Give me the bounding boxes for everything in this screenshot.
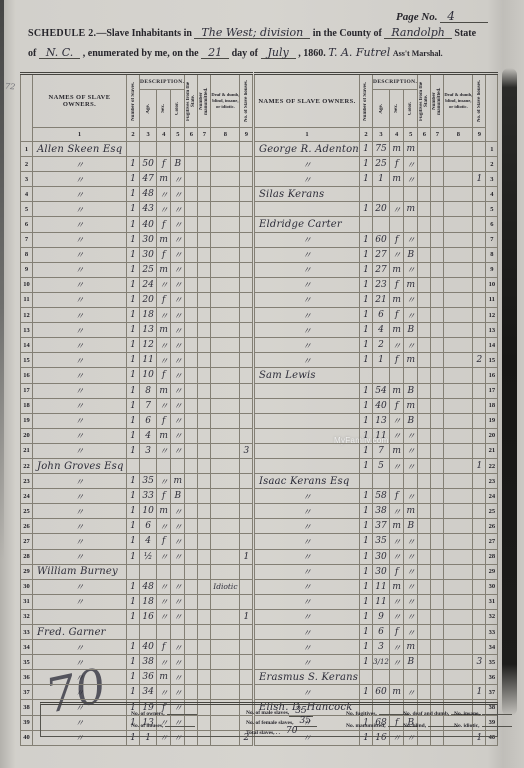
col-number: 6 <box>418 128 431 142</box>
slave-entry-row: 〃14mB13 <box>255 323 498 338</box>
marshal-signature: T. A. Futrel <box>328 46 390 59</box>
page-number-label: Page No. <box>396 11 438 23</box>
infirmity-cell <box>444 564 473 579</box>
color-cell: B <box>404 519 418 534</box>
infirmity-cell <box>444 247 473 262</box>
manumitted-cell <box>198 353 211 368</box>
age-cell: 54 <box>372 383 389 398</box>
infirmity-cell <box>444 232 473 247</box>
sex-cell: m <box>390 443 404 458</box>
row-number: 20 <box>486 428 498 443</box>
slave-entry-row: 〃13/12〃B335 <box>255 655 498 670</box>
slaves-count-cell: 1 <box>127 504 140 519</box>
manumitted-cell <box>431 504 444 519</box>
slave-entry-row: 9〃125m〃 <box>21 262 253 277</box>
age-cell: 48 <box>140 187 157 202</box>
summary-footer: No. of owners, No. of houses, No. of mal… <box>40 702 498 737</box>
sex-cell: f <box>390 308 404 323</box>
age-cell: 9 <box>372 609 389 624</box>
slave-houses-cell <box>240 655 253 670</box>
infirmity-cell <box>211 655 240 670</box>
manumitted-cell <box>431 398 444 413</box>
county-value: Randolph <box>384 27 452 39</box>
manumitted-cell <box>431 685 444 700</box>
col-number: 5 <box>171 128 185 142</box>
col-number: 9 <box>473 128 486 142</box>
slaves-count-cell: 1 <box>127 353 140 368</box>
slave-houses-cell: 1 <box>473 685 486 700</box>
sex-cell: 〃 <box>157 594 171 609</box>
sex-cell: m <box>157 670 171 685</box>
age-cell: 8 <box>140 383 157 398</box>
slaves-count-cell: 1 <box>127 172 140 187</box>
slave-entry-row: 23〃135〃m <box>21 474 253 489</box>
sex-cell: m <box>157 504 171 519</box>
color-cell <box>171 142 185 157</box>
row-number: 28 <box>486 549 498 564</box>
fugitive-cell <box>418 519 431 534</box>
slave-houses-cell <box>473 368 486 383</box>
slave-houses-cell <box>240 247 253 262</box>
fugitive-cell <box>185 368 198 383</box>
age-cell: 30 <box>140 232 157 247</box>
infirmity-cell <box>444 172 473 187</box>
col-header-sex-label: Sex. <box>394 104 399 113</box>
infirmity-cell <box>211 474 240 489</box>
manumitted-cell <box>198 292 211 307</box>
row-number: 34 <box>21 640 33 655</box>
owner-name-cell: 〃 <box>255 504 360 519</box>
color-cell: 〃 <box>171 519 185 534</box>
slave-entry-row: 〃127〃B8 <box>255 247 498 262</box>
col-header-age: Age. <box>372 90 389 128</box>
slaves-count-cell: 1 <box>359 157 372 172</box>
row-number: 13 <box>486 323 498 338</box>
color-cell: m <box>171 474 185 489</box>
row-number: 17 <box>21 383 33 398</box>
slaves-count-cell: 1 <box>127 187 140 202</box>
color-cell: 〃 <box>171 685 185 700</box>
sex-cell: f <box>157 157 171 172</box>
sex-cell: 〃 <box>390 534 404 549</box>
slave-houses-cell <box>473 428 486 443</box>
col-header-names: NAMES OF SLAVE OWNERS. <box>33 74 127 128</box>
infirmity-cell <box>211 504 240 519</box>
row-number: 6 <box>21 217 33 232</box>
manumitted-cell <box>431 670 444 685</box>
age-cell <box>372 368 389 383</box>
sex-cell: m <box>390 292 404 307</box>
age-cell: 23 <box>372 277 389 292</box>
row-number: 12 <box>21 308 33 323</box>
manumitted-cell <box>198 549 211 564</box>
manumitted-cell <box>198 413 211 428</box>
owner-name-cell: 〃 <box>33 187 127 202</box>
manumitted-cell <box>431 368 444 383</box>
slave-houses-cell <box>473 474 486 489</box>
sex-cell: m <box>390 579 404 594</box>
color-cell: 〃 <box>171 172 185 187</box>
slave-table-right: NAMES OF SLAVE OWNERS. Number of Slaves.… <box>254 72 498 746</box>
color-cell: 〃 <box>404 458 418 473</box>
owner-name-cell: 〃 <box>255 292 360 307</box>
row-number: 16 <box>486 368 498 383</box>
slave-houses-cell <box>473 640 486 655</box>
slaves-count-cell: 1 <box>127 277 140 292</box>
infirmity-cell <box>211 413 240 428</box>
age-cell <box>372 217 389 232</box>
row-number: 30 <box>21 579 33 594</box>
slave-entry-row: Isaac Kerans Esq23 <box>255 474 498 489</box>
slave-entry-row: 〃19〃〃32 <box>255 609 498 624</box>
manumitted-cell <box>431 534 444 549</box>
slave-houses-cell <box>473 338 486 353</box>
color-cell: 〃 <box>404 549 418 564</box>
slave-houses-cell <box>473 262 486 277</box>
fugitive-cell <box>418 413 431 428</box>
col-number: 8 <box>211 128 240 142</box>
sex-cell: f <box>390 564 404 579</box>
owner-name-cell: 〃 <box>255 519 360 534</box>
fugitive-cell <box>185 489 198 504</box>
row-number: 3 <box>486 172 498 187</box>
color-cell <box>404 187 418 202</box>
infirmity-cell <box>444 443 473 458</box>
owner-name-cell: 〃 <box>255 685 360 700</box>
owner-name-cell: Fred. Garner <box>33 625 127 640</box>
owner-name-cell: Eldridge Carter <box>255 217 360 232</box>
col-number: 5 <box>404 128 418 142</box>
row-number: 26 <box>21 519 33 534</box>
slave-houses-cell <box>240 232 253 247</box>
sex-cell: 〃 <box>390 640 404 655</box>
fugitive-cell <box>418 398 431 413</box>
fugitive-cell <box>418 172 431 187</box>
owner-name-cell: 〃 <box>33 247 127 262</box>
sex-cell: f <box>390 353 404 368</box>
row-number: 32 <box>486 609 498 624</box>
infirmity-cell <box>211 187 240 202</box>
manumitted-cell <box>198 458 211 473</box>
row-number: 10 <box>486 277 498 292</box>
owner-name-cell: 〃 <box>33 202 127 217</box>
infirmity-cell <box>211 202 240 217</box>
fugitive-cell <box>418 670 431 685</box>
color-cell: 〃 <box>171 594 185 609</box>
row-number: 21 <box>486 443 498 458</box>
age-cell: 5 <box>372 458 389 473</box>
row-number: 13 <box>21 323 33 338</box>
row-number: 8 <box>21 247 33 262</box>
slaves-count-cell: 1 <box>359 564 372 579</box>
slave-houses-cell <box>240 685 253 700</box>
row-number: 34 <box>486 640 498 655</box>
summary-houses: No. of houses, <box>131 722 195 729</box>
color-cell: 〃 <box>404 489 418 504</box>
col-number: 7 <box>431 128 444 142</box>
page-number-value: 4 <box>440 10 488 23</box>
owner-name-cell: 〃 <box>33 308 127 323</box>
sex-cell: 〃 <box>390 609 404 624</box>
slave-entry-row: 16〃110f〃 <box>21 368 253 383</box>
slave-houses-cell <box>473 277 486 292</box>
manumitted-cell <box>198 625 211 640</box>
owner-name-cell <box>255 458 360 473</box>
slaves-count-cell: 1 <box>359 640 372 655</box>
slave-houses-cell <box>473 564 486 579</box>
summary-blind: No. blind, <box>403 722 458 729</box>
slave-entry-row: 21〃13〃〃3 <box>21 443 253 458</box>
fugitive-cell <box>185 428 198 443</box>
col-number: 4 <box>390 128 404 142</box>
slave-houses-cell <box>473 202 486 217</box>
color-cell: m <box>404 142 418 157</box>
owner-name-cell: Sam Lewis <box>255 368 360 383</box>
fugitive-cell <box>418 489 431 504</box>
age-cell: 20 <box>140 292 157 307</box>
slaves-count-cell: 1 <box>359 262 372 277</box>
slave-entry-row: 25〃110m〃 <box>21 504 253 519</box>
col-header-slave-houses-label: No. of Slave houses. <box>244 80 249 122</box>
age-cell: ½ <box>140 549 157 564</box>
color-cell: 〃 <box>171 308 185 323</box>
age-cell: 18 <box>140 594 157 609</box>
slave-houses-cell <box>473 292 486 307</box>
infirmity-cell <box>211 519 240 534</box>
slave-entry-row: 27〃14f〃 <box>21 534 253 549</box>
age-cell: 6 <box>372 308 389 323</box>
slave-entry-row: 〃11fm215 <box>255 353 498 368</box>
slaves-count-cell: 1 <box>127 217 140 232</box>
slave-houses-cell <box>240 519 253 534</box>
title-part-3: State <box>454 28 476 39</box>
slave-houses-cell <box>473 157 486 172</box>
color-cell: B <box>404 413 418 428</box>
sex-cell: f <box>157 413 171 428</box>
slave-houses-cell <box>473 398 486 413</box>
manumitted-cell <box>431 458 444 473</box>
col-number: 2 <box>127 128 140 142</box>
fugitive-cell <box>185 625 198 640</box>
slave-entry-row: George R. Adenton175mm1 <box>255 142 498 157</box>
slaves-count-cell: 1 <box>359 232 372 247</box>
manumitted-cell <box>431 292 444 307</box>
slave-houses-cell <box>473 489 486 504</box>
fugitive-cell <box>185 172 198 187</box>
slave-entry-row: 〃158f〃24 <box>255 489 498 504</box>
age-cell: 2 <box>372 338 389 353</box>
age-cell: 75 <box>372 142 389 157</box>
infirmity-cell <box>211 685 240 700</box>
age-cell <box>372 187 389 202</box>
col-header-number-of-slaves-label: Number of Slaves. <box>131 82 136 121</box>
slaves-count-cell: 1 <box>127 640 140 655</box>
age-cell: 60 <box>372 232 389 247</box>
age-cell: 40 <box>372 398 389 413</box>
sex-cell: 〃 <box>390 458 404 473</box>
slave-houses-cell <box>473 232 486 247</box>
color-cell: B <box>404 383 418 398</box>
row-number: 8 <box>486 247 498 262</box>
manumitted-cell <box>431 474 444 489</box>
age-cell: 58 <box>372 489 389 504</box>
sex-cell: m <box>390 172 404 187</box>
title-part-6: day of <box>232 48 258 59</box>
slave-entry-row: 11〃120f〃 <box>21 292 253 307</box>
infirmity-cell <box>211 458 240 473</box>
infirmity-cell <box>444 549 473 564</box>
slave-entry-row: 29William Burney <box>21 564 253 579</box>
color-cell: 〃 <box>171 579 185 594</box>
color-cell: 〃 <box>404 338 418 353</box>
slave-entry-row: 〃121m〃11 <box>255 292 498 307</box>
col-header-age-label: Age. <box>379 104 384 114</box>
sex-cell <box>157 625 171 640</box>
manumitted-cell <box>198 655 211 670</box>
infirmity-cell <box>444 187 473 202</box>
manumitted-cell <box>198 187 211 202</box>
manumitted-cell <box>431 594 444 609</box>
row-number: 4 <box>486 187 498 202</box>
age-cell: 38 <box>372 504 389 519</box>
slave-houses-cell <box>240 368 253 383</box>
infirmity-cell <box>211 338 240 353</box>
age-cell: 47 <box>140 172 157 187</box>
row-number: 2 <box>486 157 498 172</box>
infirmity-cell <box>444 458 473 473</box>
infirmity-cell <box>211 609 240 624</box>
color-cell: 〃 <box>171 247 185 262</box>
owner-name-cell: 〃 <box>255 338 360 353</box>
fugitive-cell <box>418 474 431 489</box>
owner-name-cell: 〃 <box>33 443 127 458</box>
owner-name-cell: 〃 <box>255 609 360 624</box>
slaves-count-cell: 1 <box>127 489 140 504</box>
col-header-manumitted-label: Number manumitted. <box>199 78 209 124</box>
age-cell <box>372 474 389 489</box>
col-header-fugitives: Fugitives from the State. <box>185 74 198 128</box>
fugitive-cell <box>418 247 431 262</box>
sex-cell: f <box>390 277 404 292</box>
month-value: July <box>261 47 296 59</box>
row-number: 15 <box>486 353 498 368</box>
sex-cell: 〃 <box>157 655 171 670</box>
age-cell <box>140 625 157 640</box>
infirmity-cell <box>211 353 240 368</box>
slaves-count-cell <box>359 474 372 489</box>
infirmity-cell <box>444 383 473 398</box>
owner-name-cell: 〃 <box>255 247 360 262</box>
age-cell: 25 <box>140 262 157 277</box>
row-number-header <box>486 74 498 142</box>
slave-houses-cell <box>240 564 253 579</box>
slave-houses-cell <box>240 489 253 504</box>
color-cell: 〃 <box>171 277 185 292</box>
owner-name-cell: 〃 <box>255 277 360 292</box>
col-header-infirmity: Deaf & dumb, blind, insane, or idiotic. <box>211 74 240 128</box>
slaves-count-cell: 1 <box>127 413 140 428</box>
slave-entry-row: 24〃133fB <box>21 489 253 504</box>
fugitive-cell <box>418 202 431 217</box>
owner-name-cell: 〃 <box>255 594 360 609</box>
manumitted-cell <box>198 428 211 443</box>
slaves-count-cell: 1 <box>127 579 140 594</box>
sex-cell: f <box>157 217 171 232</box>
col-header-age: Age. <box>140 90 157 128</box>
slave-houses-cell <box>240 217 253 232</box>
col-header-manumitted-label: Number manumitted. <box>432 78 442 124</box>
col-number: 3 <box>372 128 389 142</box>
color-cell: 〃 <box>171 428 185 443</box>
pencil-corner-mark: 72 <box>5 81 16 91</box>
slave-houses-cell <box>473 217 486 232</box>
slave-houses-cell <box>240 353 253 368</box>
color-cell: B <box>171 489 185 504</box>
age-cell <box>140 142 157 157</box>
fugitive-cell <box>418 579 431 594</box>
age-cell: 34 <box>140 685 157 700</box>
slaves-count-cell: 1 <box>359 413 372 428</box>
slaves-count-cell: 1 <box>127 655 140 670</box>
age-cell: 13 <box>140 323 157 338</box>
owner-name-cell: 〃 <box>33 489 127 504</box>
manumitted-cell <box>198 594 211 609</box>
slave-houses-cell <box>473 534 486 549</box>
row-number: 33 <box>21 625 33 640</box>
owner-name-cell: 〃 <box>255 579 360 594</box>
row-number: 37 <box>486 685 498 700</box>
fugitive-cell <box>418 353 431 368</box>
owner-name-cell: 〃 <box>33 534 127 549</box>
age-cell: 37 <box>372 519 389 534</box>
owner-name-cell: 〃 <box>33 368 127 383</box>
manumitted-cell <box>198 142 211 157</box>
infirmity-cell <box>444 534 473 549</box>
title-part-2: in the County of <box>313 28 382 39</box>
age-cell: 40 <box>140 217 157 232</box>
infirmity-cell <box>444 594 473 609</box>
row-number-header <box>21 74 33 142</box>
slaves-count-cell: 1 <box>359 609 372 624</box>
slave-entry-row: 32116〃〃1 <box>21 609 253 624</box>
slaves-count-cell: 1 <box>359 338 372 353</box>
slaves-count-cell <box>127 564 140 579</box>
color-cell: 〃 <box>404 609 418 624</box>
manumitted-cell <box>198 640 211 655</box>
slaves-count-cell: 1 <box>359 277 372 292</box>
slave-entry-row: 15〃〃122 <box>255 458 498 473</box>
slave-houses-cell: 1 <box>240 549 253 564</box>
sex-cell <box>157 458 171 473</box>
sex-cell: 〃 <box>157 202 171 217</box>
owner-name-cell: Allen Skeen Esq <box>33 142 127 157</box>
color-cell: m <box>404 504 418 519</box>
fugitive-cell <box>185 519 198 534</box>
owner-name-cell: 〃 <box>33 413 127 428</box>
age-cell: 16 <box>140 609 157 624</box>
division-value: The West; division <box>194 27 310 39</box>
fugitive-cell <box>185 564 198 579</box>
fugitive-cell <box>185 655 198 670</box>
sex-cell: m <box>390 519 404 534</box>
manumitted-cell <box>431 383 444 398</box>
sex-cell: m <box>157 262 171 277</box>
sex-cell: 〃 <box>390 428 404 443</box>
col-header-sex-label: Sex. <box>161 104 166 113</box>
fugitive-cell <box>185 338 198 353</box>
slave-houses-cell <box>240 625 253 640</box>
row-number: 36 <box>486 670 498 685</box>
